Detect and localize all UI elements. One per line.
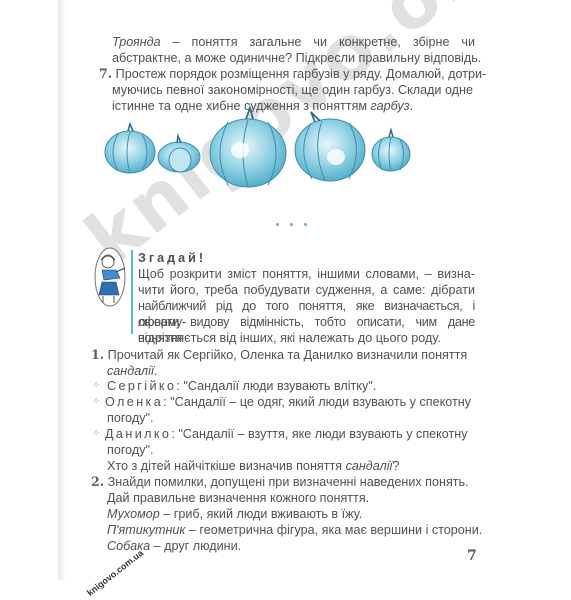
task2-text1: Знайди помилки, допущені при визначенні … [108,475,469,489]
answer-danylko: Данилко: "Сандалії – взуття, яке люди вз… [105,426,468,442]
answer-name: Данилко [105,427,171,441]
answer-olenka-cont: погоду". [107,410,153,426]
bullet-diamond-icon: ✧ [92,429,100,439]
bullet-diamond-icon: ✧ [92,397,100,407]
question-text: Хто з дітей найчіткіше визначив поняття [107,459,346,473]
answer-text: : "Сандалії – взуття, яке люди взувають … [171,427,467,441]
question-end: ? [392,459,399,473]
definition-text: – геометрична фігура, яка має вершини і … [185,523,482,537]
definition-text: – гриб, який люди вживають в їжу. [160,507,363,521]
task1-line2: сандалії. [107,363,157,379]
page-number: 7 [467,548,477,564]
remember-title: Згадай! [138,250,206,266]
task1-question: Хто з дітей найчіткіше визначив поняття … [107,458,399,474]
answer-text: : "Сандалії – це одяг, який люди взувают… [163,395,471,409]
task1-text2-end: . [154,364,158,378]
answer-sergiyko: Сергійко: "Сандалії люди взувають влітку… [107,378,376,394]
answer-name: Оленка [105,395,163,409]
definition-term: Собака [107,539,150,553]
term-sandali: сандалії [107,364,154,378]
answer-olenka: Оленка: "Сандалії – це одяг, який люди в… [105,394,471,410]
definition-term: П'ятикутник [107,523,185,537]
definition-text: – друг людини. [150,539,241,553]
definition-mukhomor: Мухомор – гриб, який люди вживають в їжу… [107,506,362,522]
remember-line: чити його, треба побудувати судження, а … [138,282,475,298]
remember-line: Щоб розкрити зміст поняття, іншими слова… [138,266,475,282]
task2-number: 2. [91,474,104,489]
definition-sobaka: Собака – друг людини. [107,538,241,554]
task2-line2: Дай правильне визначення кожного поняття… [107,490,369,506]
answer-danylko-cont: погоду". [107,442,153,458]
term-sandali: сандалії [346,459,393,473]
task1-number: 1. [91,347,104,362]
answer-name: Сергійко [107,379,176,393]
task1-text1: Прочитай як Сергійко, Оленка та Данилко … [108,348,468,362]
remember-accent-bar [131,250,133,334]
task1-line1: 1. Прочитай як Сергійко, Оленка та Данил… [91,347,467,363]
answer-text: : "Сандалії люди взувають влітку". [176,379,376,393]
bullet-diamond-icon: ✧ [92,381,100,391]
task2-line1: 2. Знайди помилки, допущені при визначен… [91,474,469,490]
definition-pyatykutnyk: П'ятикутник – геометрична фігура, яка ма… [107,522,482,538]
definition-term: Мухомор [107,507,160,521]
remember-line: відрізняється від інших, які належать до… [138,330,441,346]
